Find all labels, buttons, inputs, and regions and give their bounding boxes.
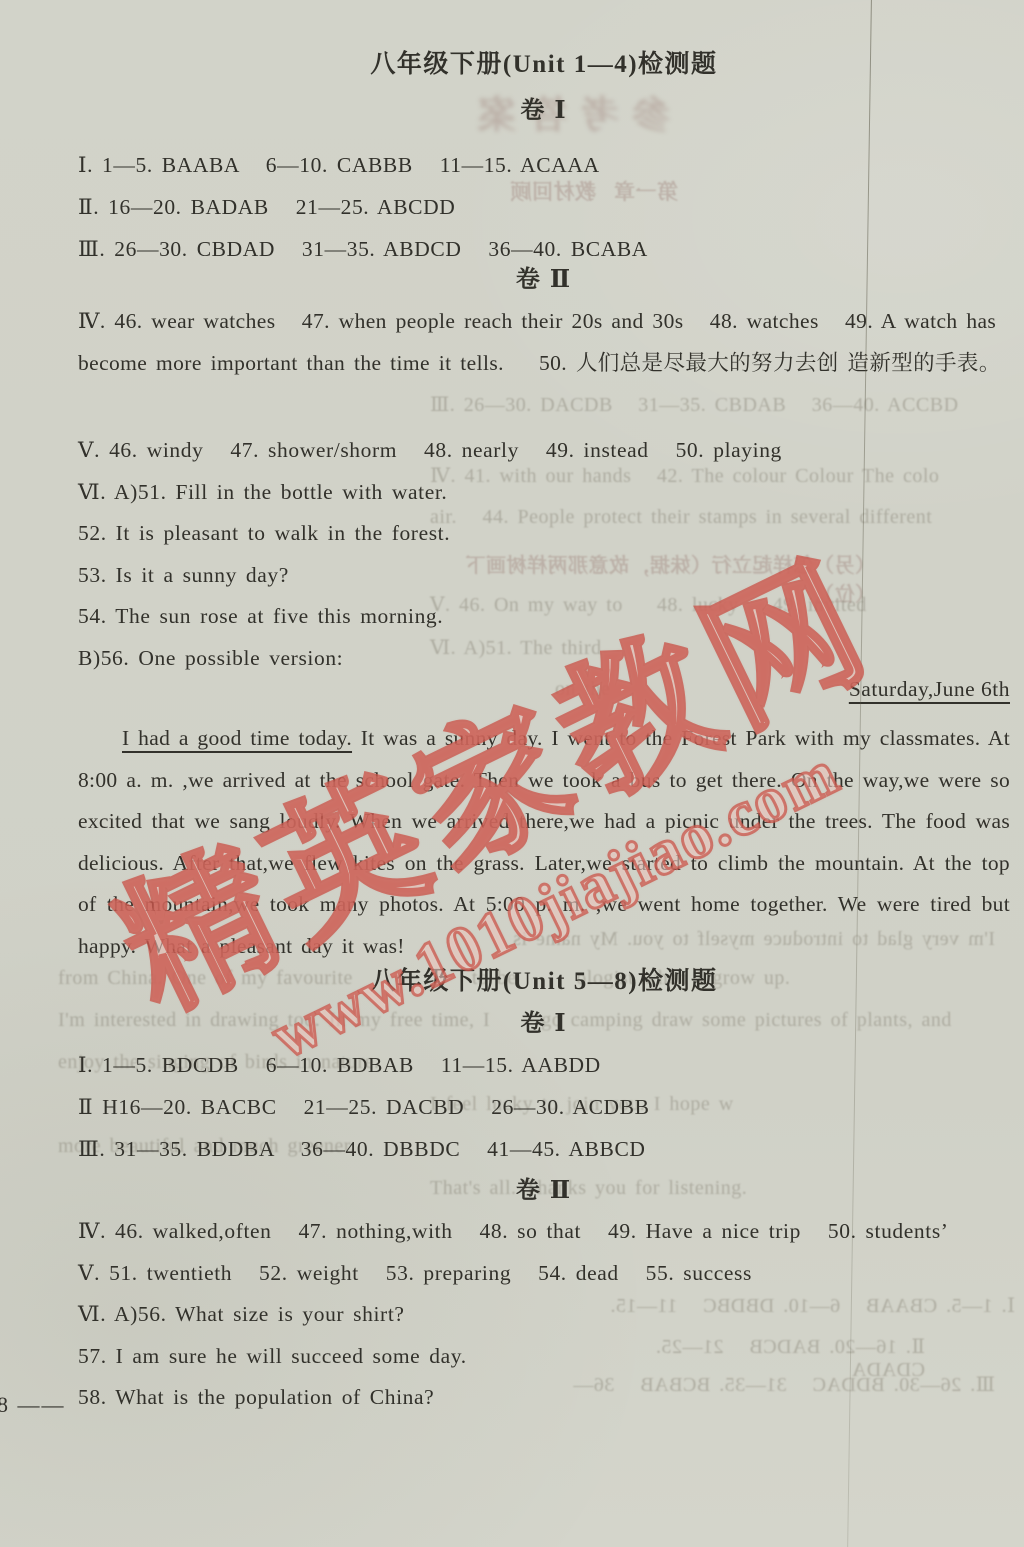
section2-title: 八年级下册(Unit 5—8)检测题 [78, 961, 1010, 997]
section2-part2-answers: Ⅳ. 46. walked,often 47. nothing,with 48.… [78, 1211, 1010, 1419]
diary-date-text: Saturday,June 6th [849, 677, 1010, 701]
answer-line: 58. What is the population of China? [78, 1377, 1010, 1419]
answer-line: Ⅰ. 1—5. BAABA 6—10. CABBB 11—15. ACAAA [78, 144, 1010, 186]
diary-body-text: It was a sunny day. I went to the Forest… [78, 726, 1010, 958]
answer-line: Ⅴ. 46. windy 47. shower/shorm 48. nearly… [78, 430, 1010, 472]
section1-part2-heading: 卷 Ⅱ [78, 259, 1010, 294]
answer-line: Ⅴ. 51. twentieth 52. weight 53. preparin… [78, 1253, 1010, 1295]
section1-part2-answers-iv: Ⅳ. 46. wear watches 47. when people reac… [78, 301, 1010, 384]
answer-line: B)56. One possible version: [78, 638, 1010, 680]
section2-part2-heading: 卷 Ⅱ [78, 1170, 1010, 1205]
answer-line: 53. Is it a sunny day? [78, 555, 1010, 597]
answer-line: 57. I am sure he will succeed some day. [78, 1336, 1010, 1378]
answer-line: Ⅵ. A)51. Fill in the bottle with water. [78, 472, 1010, 514]
bleedthrough-text: Ⅲ. 26—30. DACDB 31—35. CBDAB 36—40. ACCB… [430, 392, 995, 417]
diary-lead-sentence: I had a good time today. [122, 726, 352, 750]
section1-part1-answers: Ⅰ. 1—5. BAABA 6—10. CABBB 11—15. ACAAA Ⅱ… [78, 144, 1010, 270]
answer-line: 54. The sun rose at five this morning. [78, 596, 1010, 638]
answer-line: Ⅲ. 31—35. BDDBA 36—40. DBBDC 41—45. ABBC… [78, 1128, 1010, 1170]
diary-date: Saturday,June 6th [78, 677, 1024, 702]
answer-line: Ⅱ H16—20. BACBC 21—25. DACBD 26—30. ACDB… [78, 1086, 1010, 1128]
answer-line: Ⅱ. 16—20. BADAB 21—25. ABCDD [78, 186, 1010, 228]
answer-paragraph: Ⅳ. 46. wear watches 47. when people reac… [78, 301, 1010, 384]
answer-line: Ⅳ. 46. walked,often 47. nothing,with 48.… [78, 1211, 1010, 1253]
section2-part1-answers: Ⅰ. 1—5. BDCDB 6—10. BDBAB 11—15. AABDD Ⅱ… [78, 1044, 1010, 1170]
section1-part2-answers: Ⅴ. 46. windy 47. shower/shorm 48. nearly… [78, 430, 1010, 679]
section2-part1-heading: 卷 Ⅰ [78, 1003, 1010, 1038]
scanned-answer-page: 参 考 答 案 第一章 教材回顾 Ⅲ. 26—30. DACDB 31—35. … [0, 0, 1024, 1547]
answer-line: Ⅰ. 1—5. BDCDB 6—10. BDBAB 11—15. AABDD [78, 1044, 1010, 1086]
diary-paragraph: I had a good time today. It was a sunny … [78, 718, 1010, 968]
answer-line: 52. It is pleasant to walk in the forest… [78, 513, 1010, 555]
page-number: 38 —— [0, 1392, 66, 1418]
answer-line: Ⅵ. A)56. What size is your shirt? [78, 1294, 1010, 1336]
